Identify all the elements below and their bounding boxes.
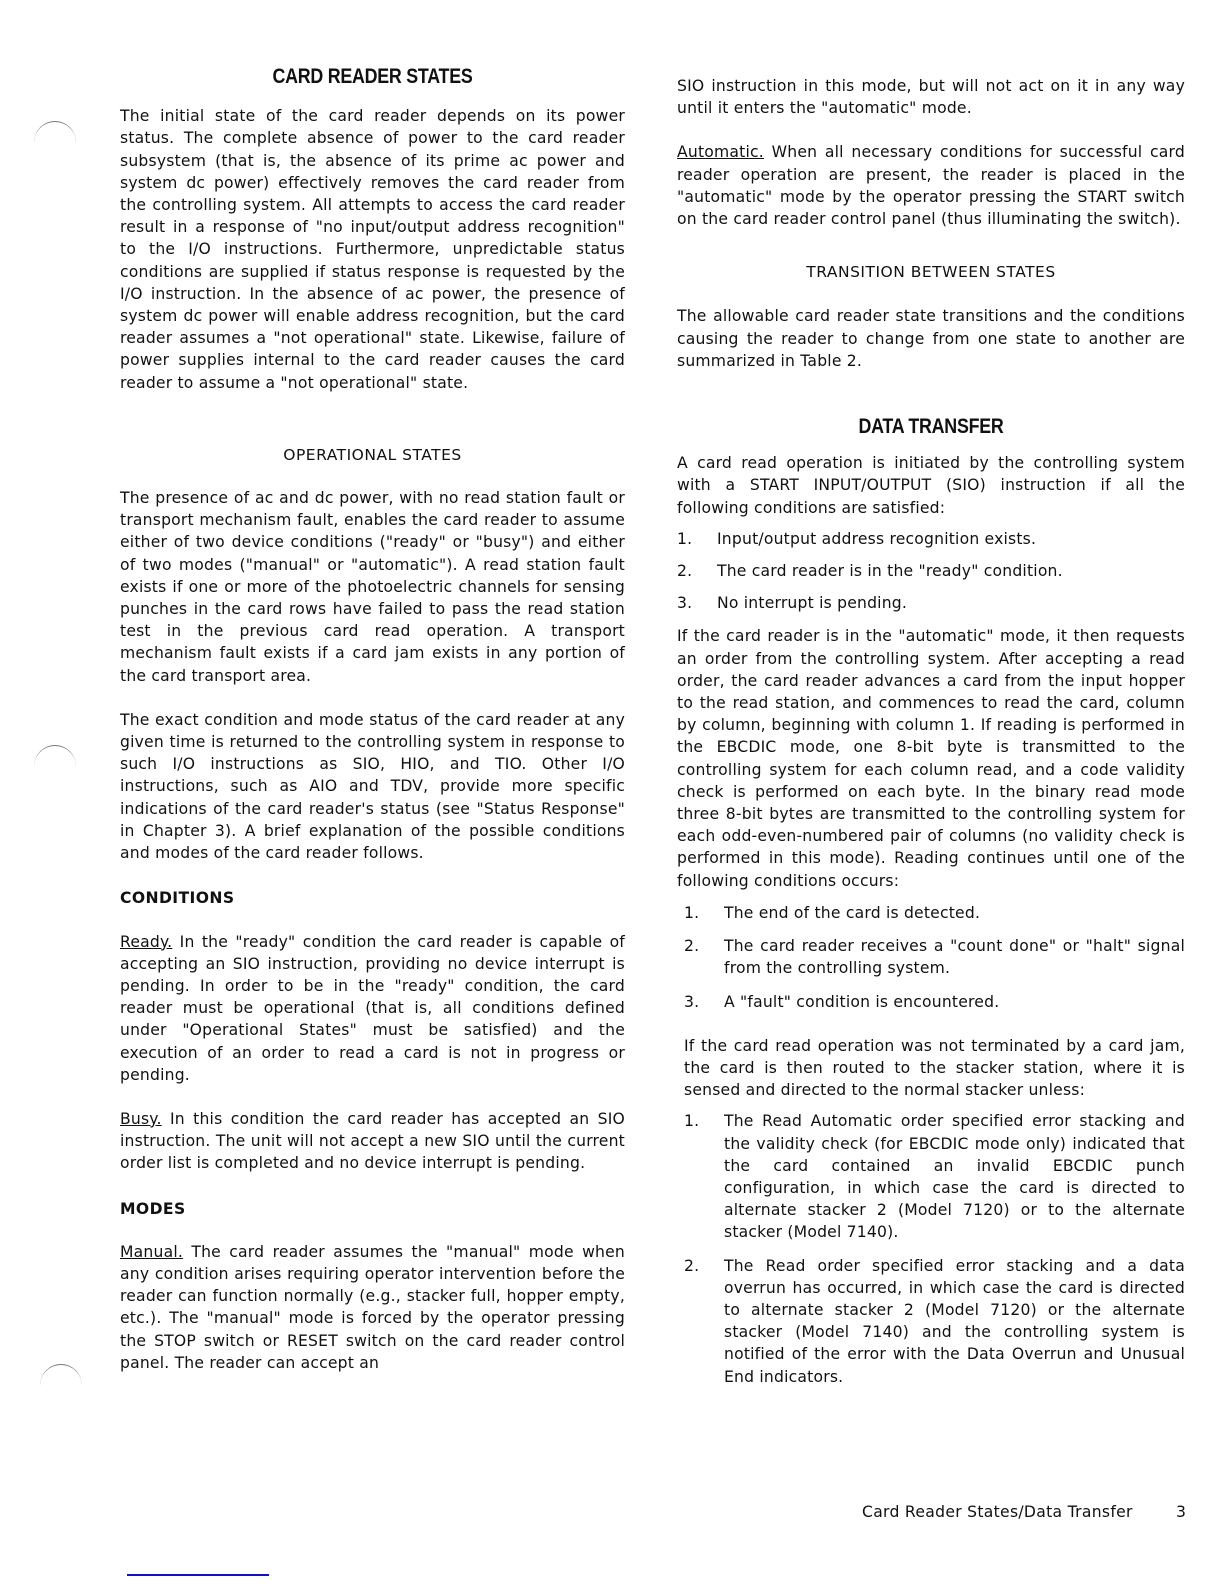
list-number: 1. [684, 902, 724, 924]
stop-conditions-list: 1. The end of the card is detected. 2. T… [677, 902, 1185, 1013]
list-item: 2. The card reader receives a "count don… [684, 935, 1185, 979]
list-number: 1. [684, 1110, 724, 1243]
heading-conditions: CONDITIONS [120, 887, 625, 909]
list-number: 2. [677, 560, 717, 582]
bottom-rule [127, 1574, 269, 1576]
list-text: The Read Automatic order specified error… [724, 1110, 1185, 1243]
list-text: A "fault" condition is encountered. [724, 991, 1185, 1013]
page-number: 3 [1176, 1503, 1186, 1521]
manual-text: The card reader assumes the "manual" mod… [120, 1243, 625, 1372]
heading-modes: MODES [120, 1198, 625, 1220]
list-number: 3. [684, 991, 724, 1013]
list-item: 1. The Read Automatic order specified er… [684, 1110, 1185, 1243]
margin-hole-mark-icon [40, 1364, 82, 1407]
operational-paragraph-2: The exact condition and mode status of t… [120, 709, 625, 864]
list-number: 2. [684, 1255, 724, 1388]
list-item: 3. A "fault" condition is encountered. [684, 991, 1185, 1013]
list-text: The end of the card is detected. [724, 902, 1185, 924]
sio-conditions-list: 1. Input/output address recognition exis… [677, 528, 1185, 615]
list-item: 2. The card reader is in the "ready" con… [677, 560, 1185, 582]
list-item: 1. Input/output address recognition exis… [677, 528, 1185, 550]
transition-paragraph: The allowable card reader state transiti… [677, 305, 1185, 372]
list-text: The card reader is in the "ready" condit… [717, 560, 1185, 582]
ready-term: Ready. [120, 933, 172, 951]
heading-operational-states: OPERATIONAL STATES [120, 444, 625, 466]
list-text: The Read order specified error stacking … [724, 1255, 1185, 1388]
automatic-mode-paragraph: If the card reader is in the "automatic"… [677, 625, 1185, 891]
margin-hole-mark-icon [34, 745, 76, 788]
heading-card-reader-states: CARD READER STATES [158, 66, 587, 88]
data-transfer-intro: A card read operation is initiated by th… [677, 452, 1185, 519]
heading-data-transfer: DATA TRANSFER [715, 416, 1147, 438]
busy-paragraph: Busy. In this condition the card reader … [120, 1108, 625, 1175]
stacker-paragraph: If the card read operation was not termi… [677, 1035, 1185, 1102]
list-text: The card reader receives a "count done" … [724, 935, 1185, 979]
list-item: 1. The end of the card is detected. [684, 902, 1185, 924]
automatic-paragraph: Automatic. When all necessary conditions… [677, 141, 1185, 230]
ready-paragraph: Ready. In the "ready" condition the card… [120, 931, 625, 1086]
operational-paragraph-1: The presence of ac and dc power, with no… [120, 487, 625, 687]
left-column: CARD READER STATES The initial state of … [120, 66, 625, 1374]
manual-continued-paragraph: SIO instruction in this mode, but will n… [677, 75, 1185, 119]
list-number: 3. [677, 592, 717, 614]
busy-text: In this condition the card reader has ac… [120, 1110, 625, 1172]
ready-text: In the "ready" condition the card reader… [120, 933, 625, 1084]
list-text: Input/output address recognition exists. [717, 528, 1185, 550]
intro-paragraph: The initial state of the card reader dep… [120, 105, 625, 394]
stacker-exceptions-list: 1. The Read Automatic order specified er… [677, 1110, 1185, 1387]
list-text: No interrupt is pending. [717, 592, 1185, 614]
manual-paragraph: Manual. The card reader assumes the "man… [120, 1241, 625, 1374]
margin-hole-mark-icon [34, 121, 76, 164]
list-number: 1. [677, 528, 717, 550]
list-item: 3. No interrupt is pending. [677, 592, 1185, 614]
busy-term: Busy. [120, 1110, 162, 1128]
list-number: 2. [684, 935, 724, 979]
running-footer-title: Card Reader States/Data Transfer [862, 1503, 1133, 1521]
list-item: 2. The Read order specified error stacki… [684, 1255, 1185, 1388]
automatic-term: Automatic. [677, 143, 764, 161]
heading-transition-between-states: TRANSITION BETWEEN STATES [677, 261, 1185, 283]
right-column: SIO instruction in this mode, but will n… [677, 66, 1185, 1388]
manual-term: Manual. [120, 1243, 183, 1261]
